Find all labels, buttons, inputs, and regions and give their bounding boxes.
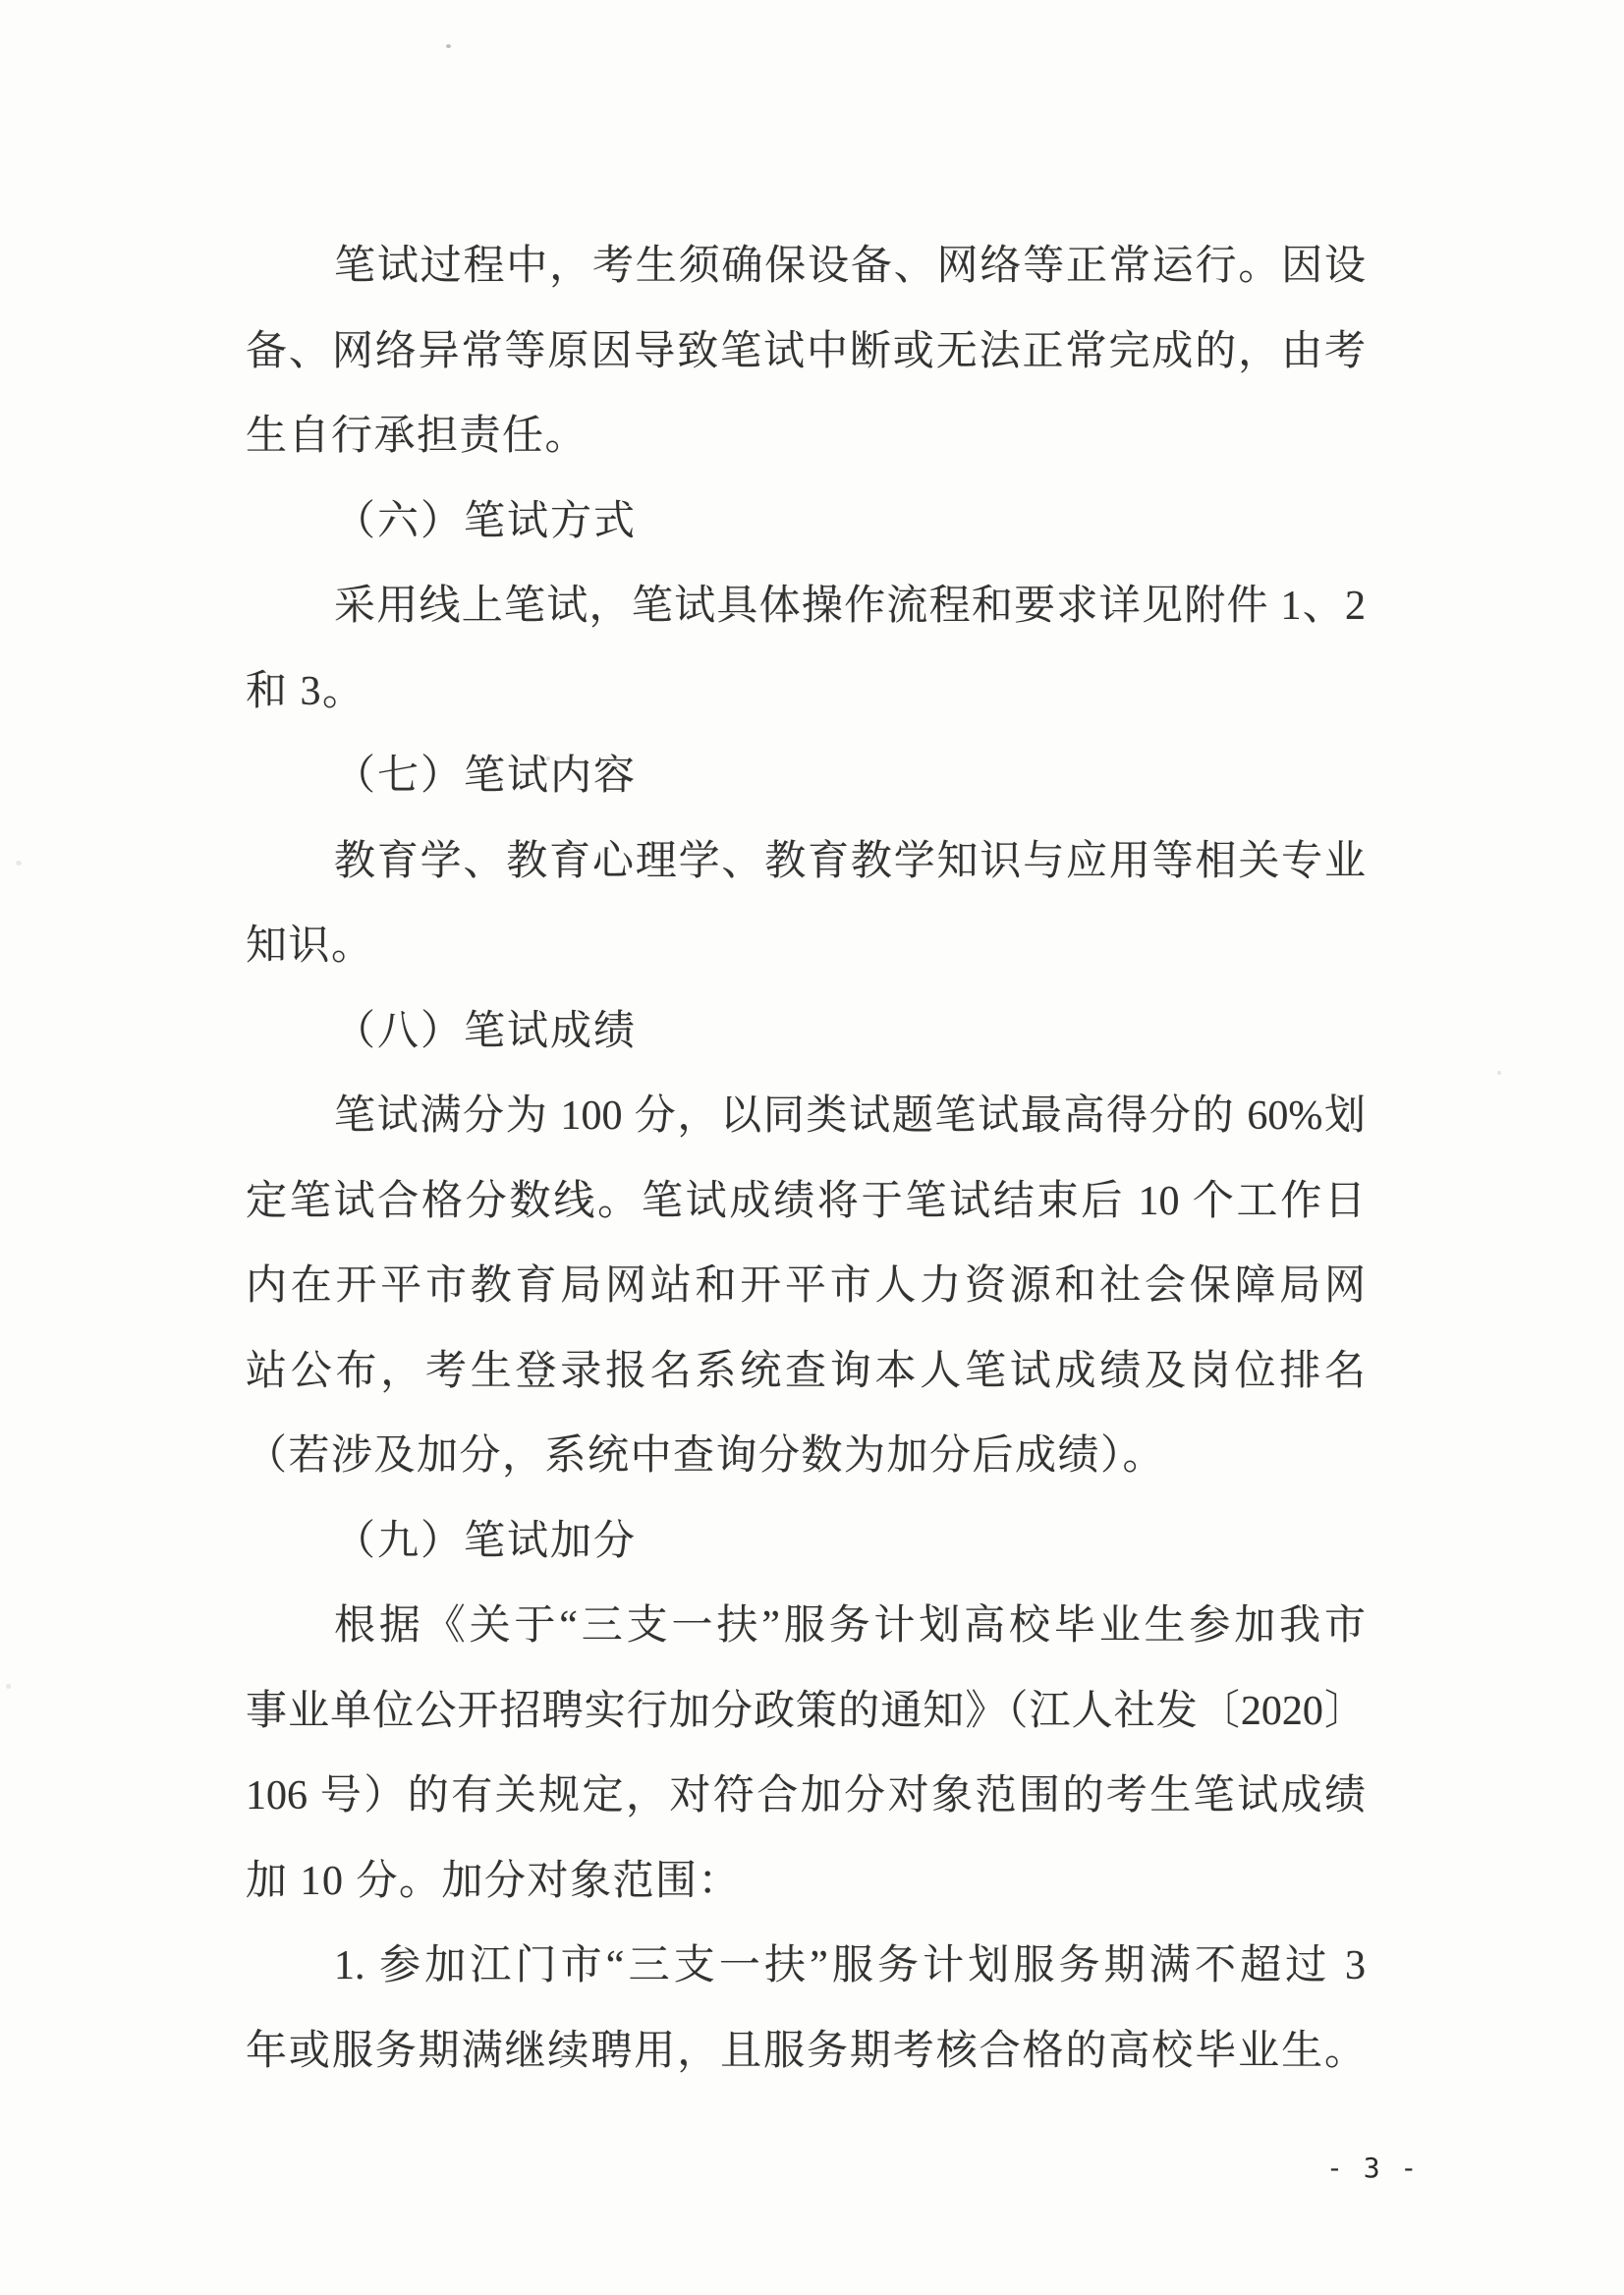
text-line: 站公布，考生登录报名系统查询本人笔试成绩及岗位排名 [246,1329,1366,1415]
text-line: 根据《关于“三支一扶”服务计划高校毕业生参加我市 [246,1584,1366,1669]
text-line: 备、网络异常等原因导致笔试中断或无法正常完成的，由考 [246,309,1366,395]
text-line: （若涉及加分，系统中查询分数为加分后成绩）。 [246,1414,1366,1499]
page-number: - 3 - [1326,2152,1419,2184]
text-line: 笔试满分为 100 分，以同类试题笔试最高得分的 60%划 [246,1074,1366,1159]
text-line: 事业单位公开招聘实行加分政策的通知》（江人社发〔2020〕 [246,1669,1366,1755]
text-line: 生自行承担责任。 [246,394,1366,479]
text-line: 内在开平市教育局网站和开平市人力资源和社会保障局网 [246,1244,1366,1329]
text-line: 和 3。 [246,649,1366,735]
text-line: 采用线上笔试，笔试具体操作流程和要求详见附件 1、2 [246,564,1366,649]
section-heading: （七）笔试内容 [246,734,1366,819]
section-heading: （八）笔试成绩 [246,989,1366,1075]
text-line: 加 10 分。加分对象范围： [246,1839,1366,1925]
section-heading: （九）笔试加分 [246,1499,1366,1585]
scan-speck [446,44,451,48]
text-line: 1. 参加江门市“三支一扶”服务计划服务期满不超过 3 [246,1924,1366,2009]
text-line: 知识。 [246,904,1366,989]
document-text: 笔试过程中，考生须确保设备、网络等正常运行。因设备、网络异常等原因导致笔试中断或… [246,224,1366,2094]
text-line: 年或服务期满继续聘用，且服务期考核合格的高校毕业生。 [246,2009,1366,2095]
text-line: 106 号）的有关规定，对符合加分对象范围的考生笔试成绩 [246,1754,1366,1839]
text-line: 教育学、教育心理学、教育教学知识与应用等相关专业 [246,819,1366,905]
scan-speck [6,1684,11,1689]
text-line: 定笔试合格分数线。笔试成绩将于笔试结束后 10 个工作日 [246,1159,1366,1245]
scan-speck [16,861,22,866]
scan-speck [1497,1071,1501,1075]
document-page: 笔试过程中，考生须确保设备、网络等正常运行。因设备、网络异常等原因导致笔试中断或… [0,0,1624,2295]
section-heading: （六）笔试方式 [246,479,1366,565]
text-line: 笔试过程中，考生须确保设备、网络等正常运行。因设 [246,224,1366,309]
